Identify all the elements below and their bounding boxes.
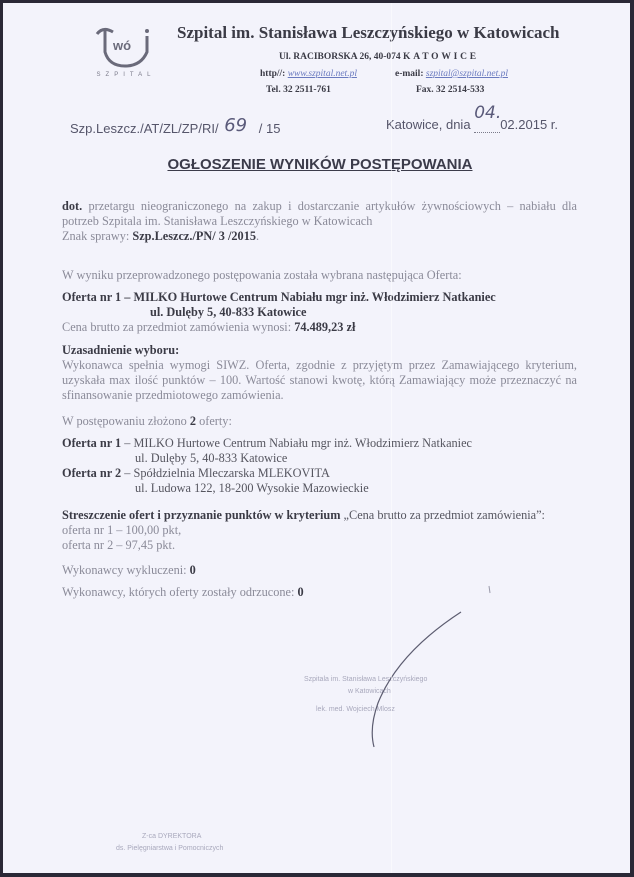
bottom-stamp-line-2: ds. Pielęgniarstwa i Pomocniczych: [116, 845, 223, 852]
document-page: wó SZPITAL Szpital im. Stanisława Leszcz…: [3, 3, 630, 873]
bottom-stamp-line-1: Z-ca DYREKTORA: [142, 833, 201, 840]
signature-stroke-icon: [3, 3, 630, 873]
